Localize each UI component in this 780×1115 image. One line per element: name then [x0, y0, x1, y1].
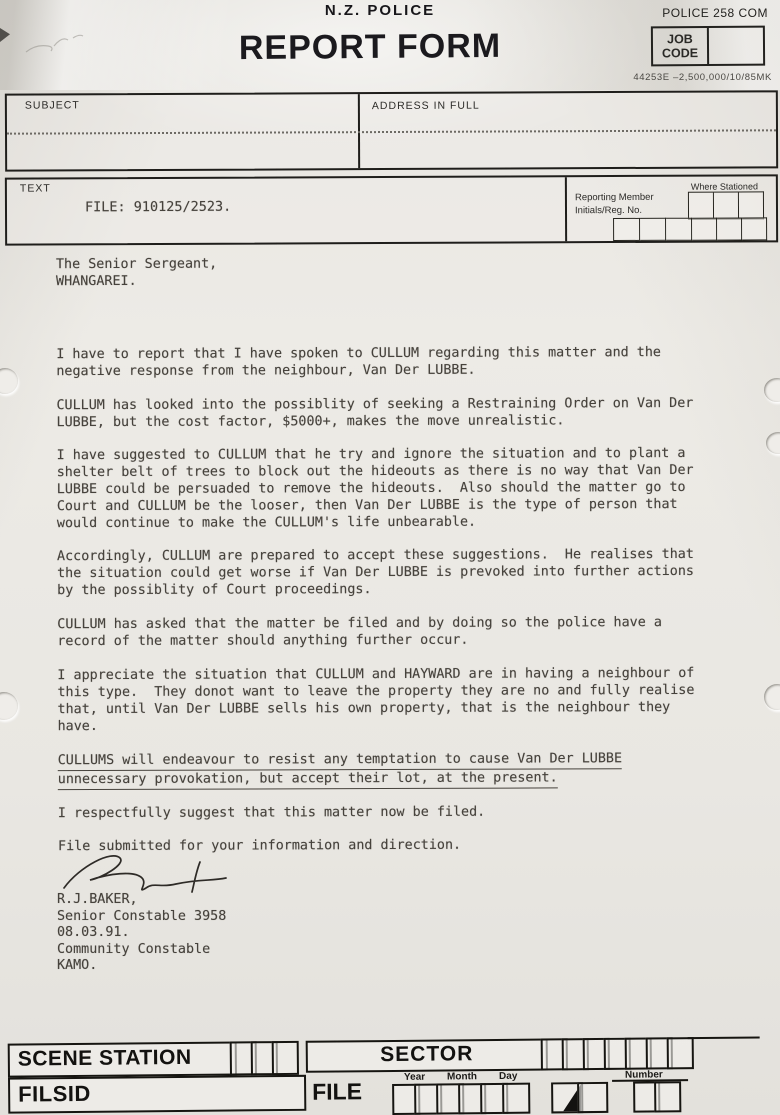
paragraph: Accordingly, CULLUM are prepared to acce…	[57, 546, 729, 599]
signature-date: 08.03.91.	[57, 925, 226, 942]
form-reference: POLICE 258 COM	[662, 6, 768, 20]
filsid-label: FILSID	[10, 1077, 304, 1110]
month-label: Month	[447, 1071, 477, 1082]
file-label: FILE	[312, 1078, 362, 1105]
divider	[565, 177, 567, 241]
paragraph: I have to report that I have spoken to C…	[56, 344, 728, 380]
subject-address-box: SUBJECT ADDRESS IN FULL	[5, 90, 778, 171]
page-title: REPORT FORM	[0, 25, 740, 70]
underlined-paragraph: CULLUMS will endeavour to resist any tem…	[58, 750, 730, 790]
text-label: TEXT	[20, 182, 51, 194]
hole-punch	[764, 378, 780, 402]
file-number: FILE: 910125/2523.	[85, 199, 231, 216]
text-box: TEXT FILE: 910125/2523. Reporting Member…	[5, 174, 778, 245]
address-label: ADDRESS IN FULL	[372, 100, 480, 112]
job-code-field	[709, 28, 763, 64]
hole-punch	[766, 432, 780, 454]
scene-station-box: SCENE STATION	[8, 1041, 237, 1077]
signatory-station: KAMO.	[57, 958, 226, 975]
cell	[577, 1082, 608, 1113]
where-stationed-label: Where Stationed	[691, 181, 758, 191]
sector-cell	[667, 1037, 694, 1069]
scene-cell	[272, 1041, 299, 1075]
signatory-rank: Senior Constable 3958	[57, 909, 226, 926]
day-cell	[502, 1083, 530, 1114]
rule	[688, 1036, 760, 1039]
paragraph: I appreciate the situation that CULLUM a…	[57, 665, 729, 735]
hole-punch	[0, 368, 18, 394]
filsid-box: FILSID	[8, 1075, 306, 1114]
footer-form: SCENE STATION SECTOR FILSID FILE Year Mo…	[0, 1032, 780, 1115]
scanned-report-form: N.Z. POLICE REPORT FORM POLICE 258 COM J…	[0, 0, 780, 1115]
paragraph: CULLUM has asked that the matter be file…	[57, 614, 729, 650]
reporting-member-cells	[613, 217, 767, 241]
reporting-member-label: Reporting Member Initials/Reg. No.	[575, 191, 654, 217]
paragraph: CULLUM has looked into the possiblity of…	[56, 395, 728, 431]
hole-punch	[764, 684, 780, 710]
signature-block: R.J.BAKER, Senior Constable 3958 08.03.9…	[57, 892, 226, 975]
paragraph: I have suggested to CULLUM that he try a…	[57, 445, 729, 532]
where-stationed-cells	[688, 191, 764, 219]
year-label: Year	[404, 1072, 425, 1083]
org-title: N.Z. POLICE	[0, 2, 760, 19]
dotted-rule	[7, 129, 776, 134]
signatory-name: R.J.BAKER,	[57, 892, 226, 909]
scene-station-label: SCENE STATION	[10, 1043, 235, 1073]
letter-body: The Senior Sergeant, WHANGAREI. I have t…	[56, 254, 730, 855]
paragraph: I respectfully suggest that this matter …	[58, 803, 730, 822]
job-code-label: JOB CODE	[653, 28, 709, 64]
sector-box: SECTOR	[306, 1038, 548, 1072]
sector-label: SECTOR	[380, 1042, 473, 1066]
subject-label: SUBJECT	[25, 99, 80, 111]
print-reference: 44253E –2,500,000/10/85MK	[633, 72, 772, 83]
hole-punch	[0, 692, 18, 720]
signatory-title: Community Constable	[57, 942, 226, 959]
number-cell	[654, 1081, 681, 1112]
salutation: The Senior Sergeant, WHANGAREI.	[56, 254, 728, 290]
job-code-box: JOB CODE	[651, 26, 765, 67]
day-label: Day	[499, 1071, 517, 1082]
